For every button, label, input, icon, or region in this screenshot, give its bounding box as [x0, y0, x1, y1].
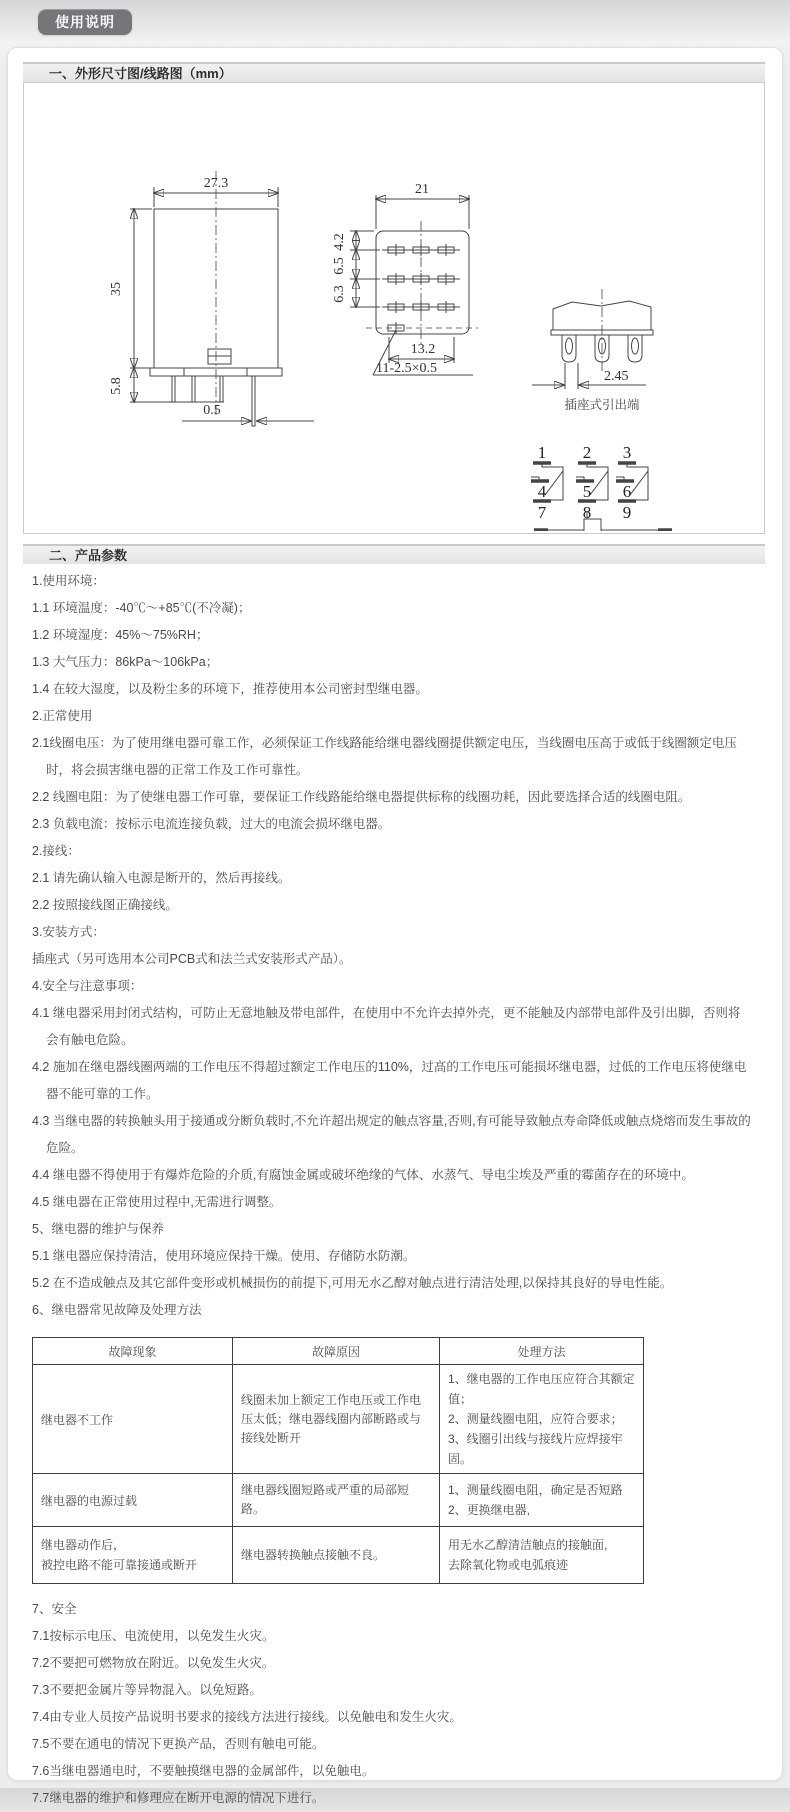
param-line: 5.2 在不造成触点及其它部件变形或机械损伤的前提下,可用无水乙醇对触点进行清洁…: [32, 1270, 751, 1297]
col-header-phenomenon: 故障现象: [33, 1338, 233, 1365]
safety-line: 7.3不要把金属片等异物混入。以免短路。: [32, 1677, 751, 1704]
param-line: 4.1 继电器采用封闭式结构，可防止无意地触及带电部件，在使用中不允许去掉外壳，…: [32, 1000, 751, 1054]
cell-phenomenon: 继电器的电源过载: [33, 1474, 233, 1527]
cell-cause: 继电器线圈短路或严重的局部短路。: [233, 1474, 440, 1527]
safety-line: 7.5不要在通电的情况下更换产品，否则有触电可能。: [32, 1731, 751, 1758]
param-line: 1.3 大气压力：86kPa～106kPa；: [32, 649, 751, 676]
phenomenon-line: 继电器动作后，: [41, 1535, 224, 1555]
param-line: 2.接线：: [32, 838, 751, 865]
table-row: 继电器动作后， 被控电路不能可靠接通或断开 继电器转换触点接触不良。 用无水乙醇…: [33, 1527, 644, 1584]
param-line: 2.2 线圈电阻：为了使继电器工作可靠，要保证工作线路能给继电器提供标称的线圈功…: [32, 784, 751, 811]
param-line: 6、继电器常见故障及处理方法: [32, 1297, 751, 1324]
contact-number: 2: [583, 443, 592, 462]
remedy-line: 1、继电器的工作电压应符合其额定值；: [448, 1369, 635, 1409]
socket-view-drawing: 2.45 插座式引出端: [532, 289, 653, 412]
remedy-line: 用无水乙醇清洁触点的接触面,: [448, 1535, 635, 1555]
circuit-diagram: 1 4 7 2 5 8 3: [531, 443, 672, 531]
contact-number: 6: [623, 482, 632, 501]
cell-cause: 继电器转换触点接触不良。: [233, 1527, 440, 1584]
front-view-drawing: 27.3 35 5.8 0.5: [109, 171, 314, 426]
remedy-line: 2、更换继电器,: [448, 1500, 635, 1520]
dim-row-gap-lower: 6.3: [332, 285, 347, 303]
contact-number: 5: [583, 482, 592, 501]
param-line: 4.安全与注意事项：: [32, 973, 751, 1000]
param-line: 2.2 按照接线图正确接线。: [32, 892, 751, 919]
param-line: 4.4 继电器不得使用于有爆炸危险的介质,有腐蚀金属或破坏绝缘的气体、水蒸气、导…: [32, 1162, 751, 1189]
remedy-line: 2、测量线圈电阻，应符合要求；: [448, 1409, 635, 1429]
usage-instructions-badge: 使用说明: [38, 9, 132, 35]
param-line: 4.3 当继电器的转换触头用于接通或分断负载时,不允许超出规定的触点容量,否则,…: [32, 1108, 751, 1162]
cell-remedy: 用无水乙醇清洁触点的接触面, 去除氧化物或电弧痕迹: [440, 1527, 644, 1584]
section1-header: 一、外形尺寸图/线路图（mm）: [23, 62, 765, 82]
section2-header: 二、产品参数: [23, 544, 765, 564]
param-line: 1.2 环境湿度：45%～75%RH；: [32, 622, 751, 649]
param-line: 1.4 在较大湿度，以及粉尘多的环境下，推荐使用本公司密封型继电器。: [32, 676, 751, 703]
fault-table-header-row: 故障现象 故障原因 处理方法: [33, 1338, 644, 1365]
col-header-remedy: 处理方法: [440, 1338, 644, 1365]
hole-note-label: 11-2.5×0.5: [376, 361, 437, 376]
dim-top-offset: 4.2: [332, 233, 347, 251]
dim-pin-span: 13.2: [411, 342, 436, 357]
param-line: 2.1 请先确认输入电源是断开的，然后再接线。: [32, 865, 751, 892]
safety-line: 7.7继电器的维护和修理应在断开电源的情况下进行。: [32, 1785, 751, 1812]
contact-number: 9: [623, 503, 632, 522]
dimension-drawing-box: 27.3 35 5.8 0.5: [23, 82, 765, 534]
cell-remedy: 1、测量线圈电阻，确定是否短路 2、更换继电器,: [440, 1474, 644, 1527]
contact-number: 4: [538, 482, 547, 501]
safety-line: 7、安全: [32, 1596, 751, 1623]
remedy-line: 3、线圈引出线与接线片应焊接牢固。: [448, 1429, 635, 1469]
parameters-content: 1.使用环境： 1.1 环境温度：-40℃～+85℃(不冷凝)； 1.2 环境湿…: [32, 568, 751, 1812]
contact-number: 7: [538, 503, 547, 522]
dim-body-height: 35: [109, 282, 124, 296]
phenomenon-line: 被控电路不能可靠接通或断开: [41, 1555, 224, 1575]
bottom-view-drawing: 21 4.2 6.5 6.3 13.2 11-2.5×0.5: [332, 182, 478, 376]
safety-line: 7.1按标示电压、电流使用，以免发生火灾。: [32, 1623, 751, 1650]
safety-line: 7.2不要把可燃物放在附近。以免发生火灾。: [32, 1650, 751, 1677]
param-line: 1.使用环境：: [32, 568, 751, 595]
param-line: 5.1 继电器应保持清洁，使用环境应保持干燥。使用、存储防水防潮。: [32, 1243, 751, 1270]
content-panel: 一、外形尺寸图/线路图（mm） 27.3 35: [7, 47, 783, 1781]
dim-pin-width: 0.5: [203, 403, 221, 418]
param-line: 3.安装方式：: [32, 919, 751, 946]
param-line: 2.正常使用: [32, 703, 751, 730]
param-line: 4.2 施加在继电器线圈两端的工作电压不得超过额定工作电压的110%，过高的工作…: [32, 1054, 751, 1108]
dim-row-gap-upper: 6.5: [332, 257, 347, 275]
param-line: 插座式（另可选用本公司PCB式和法兰式安装形式产品）。: [32, 946, 751, 973]
safety-line: 7.6当继电器通电时，不要触摸继电器的金属部件，以免触电。: [32, 1758, 751, 1785]
param-line: 4.5 继电器在正常使用过程中,无需进行调整。: [32, 1189, 751, 1216]
cell-remedy: 1、继电器的工作电压应符合其额定值； 2、测量线圈电阻，应符合要求； 3、线圈引…: [440, 1365, 644, 1474]
remedy-line: 去除氧化物或电弧痕迹: [448, 1555, 635, 1575]
usage-instructions-page: { "badge": "使用说明", "section1": { "title"…: [0, 0, 790, 1788]
relay-technical-drawing: 27.3 35 5.8 0.5: [24, 83, 764, 531]
dim-pin-length: 5.8: [109, 377, 124, 395]
safety-line: 7.4由专业人员按产品说明书要求的接线方法进行接线。以免触电和发生火灾。: [32, 1704, 751, 1731]
cell-cause: 线圈未加上额定工作电压或工作电压太低；继电器线圈内部断路或与接线处断开: [233, 1365, 440, 1474]
contact-number: 1: [538, 443, 547, 462]
contact-number: 3: [623, 443, 632, 462]
socket-caption: 插座式引出端: [564, 397, 640, 412]
param-line: 2.3 负载电流：按标示电流连接负载，过大的电流会损坏继电器。: [32, 811, 751, 838]
cell-phenomenon: 继电器动作后， 被控电路不能可靠接通或断开: [33, 1527, 233, 1584]
col-header-cause: 故障原因: [233, 1338, 440, 1365]
table-row: 继电器的电源过载 继电器线圈短路或严重的局部短路。 1、测量线圈电阻，确定是否短…: [33, 1474, 644, 1527]
fault-table: 故障现象 故障原因 处理方法 继电器不工作 线圈未加上额定工作电压或工作电压太低…: [32, 1337, 644, 1584]
remedy-line: 1、测量线圈电阻，确定是否短路: [448, 1480, 635, 1500]
table-row: 继电器不工作 线圈未加上额定工作电压或工作电压太低；继电器线圈内部断路或与接线处…: [33, 1365, 644, 1474]
cell-phenomenon: 继电器不工作: [33, 1365, 233, 1474]
param-line: 2.1线圈电压：为了使用继电器可靠工作，必须保证工作线路能给继电器线圈提供额定电…: [32, 730, 751, 784]
dim-bottom-width: 21: [415, 182, 429, 197]
param-line: 1.1 环境温度：-40℃～+85℃(不冷凝)；: [32, 595, 751, 622]
dim-socket-pin: 2.45: [604, 369, 629, 384]
param-line: 5、继电器的维护与保养: [32, 1216, 751, 1243]
